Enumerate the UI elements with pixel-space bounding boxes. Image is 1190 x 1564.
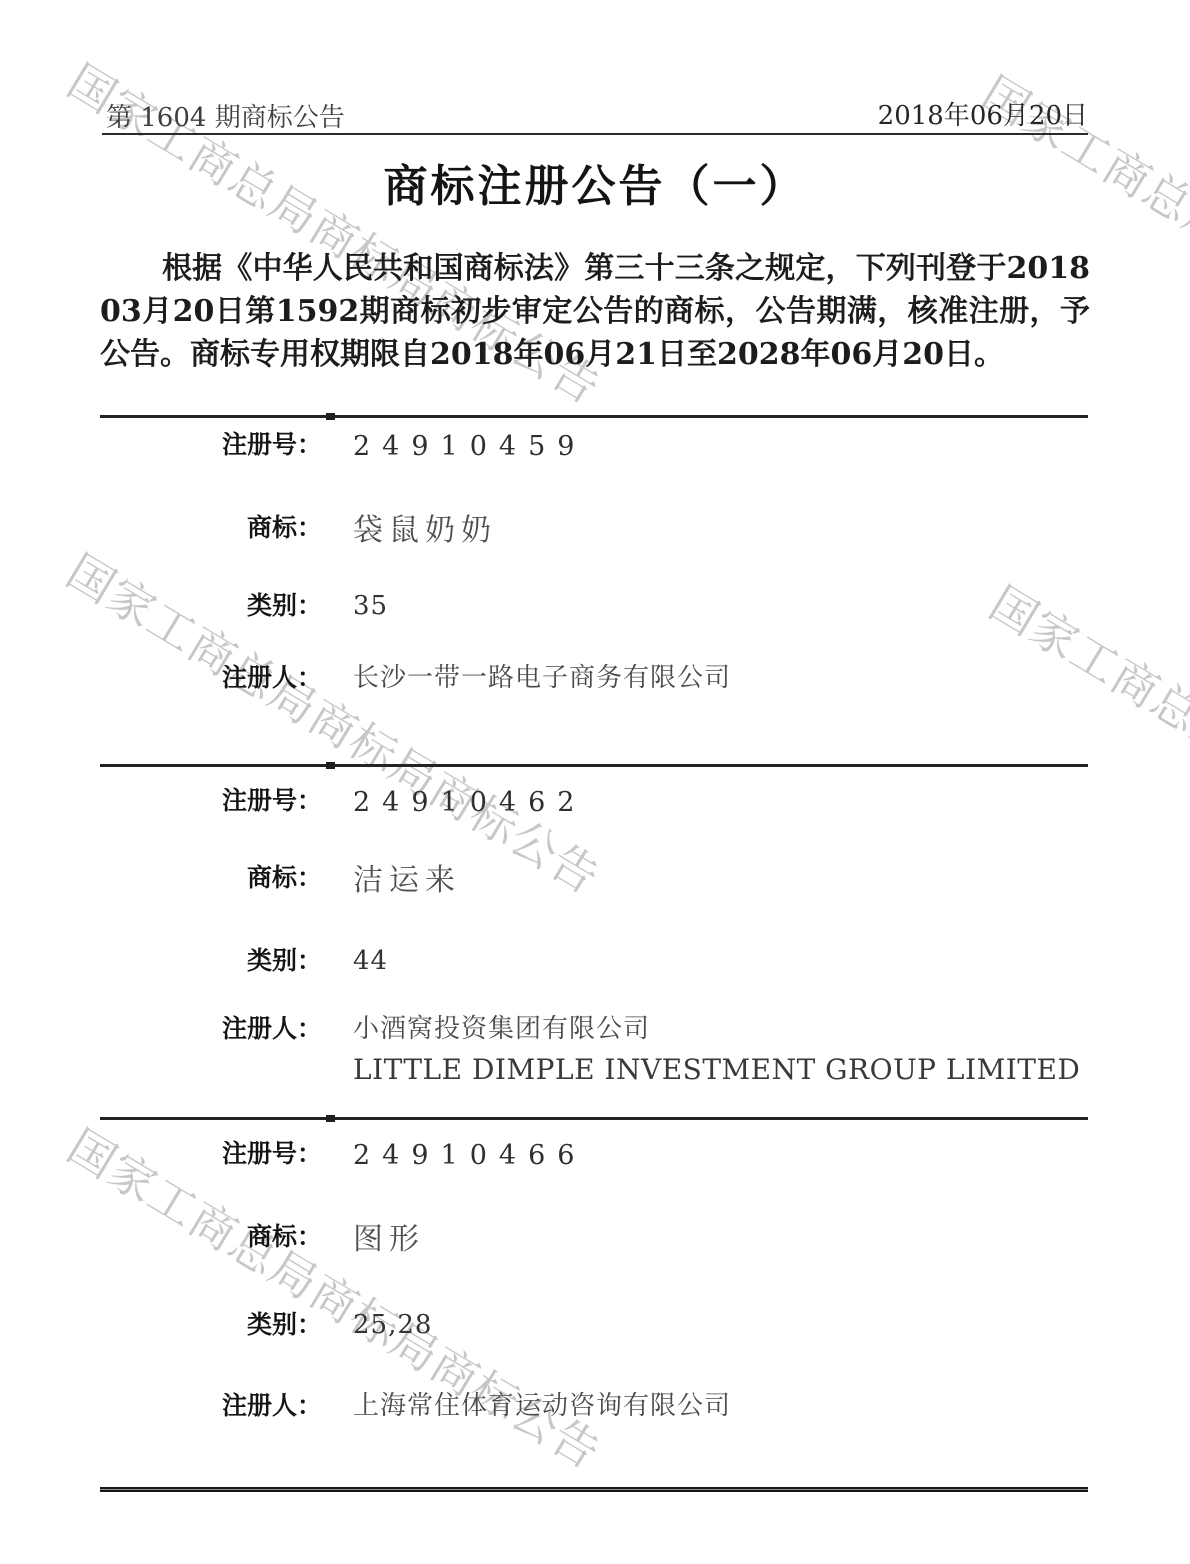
- registrant-en-value: LITTLE DIMPLE INVESTMENT GROUP LIMITED: [353, 1054, 1080, 1086]
- section-divider: [100, 1117, 1088, 1120]
- field-row-reg-no: 注册号： 24910466: [100, 1140, 1090, 1176]
- issue-number-label: 第 1604 期商标公告: [106, 97, 345, 134]
- intro-line: 03月20日第1592期商标初步审定公告的商标，公告期满，核准注册，予以: [100, 290, 1090, 333]
- reg-no-label: 注册号：: [100, 787, 322, 816]
- reg-no-value: 24910459: [353, 431, 586, 462]
- reg-no-value: 24910466: [353, 1140, 586, 1171]
- trademark-value: 洁运来: [353, 864, 461, 899]
- reg-no-label: 注册号：: [100, 431, 322, 460]
- registrant-label: 注册人：: [100, 1015, 322, 1044]
- trademark-value: 图形: [353, 1223, 425, 1258]
- field-row-reg-no: 注册号： 24910459: [100, 431, 1090, 467]
- trademark-label: 商标：: [100, 514, 322, 543]
- section-divider: [100, 415, 1088, 418]
- field-row-registrant: 注册人： 上海常住体育运动咨询有限公司: [100, 1392, 1090, 1428]
- reg-no-value: 24910462: [353, 787, 586, 818]
- publication-date: 2018年06月20日: [878, 95, 1088, 132]
- header-divider: [102, 133, 1088, 135]
- gazette-page: 国家工商总局商标局商标公告 国家工商总局商标局商标公告 国家工商总局商标局商标公…: [0, 0, 1190, 1564]
- page-bottom-divider: [100, 1487, 1088, 1492]
- trademark-value: 袋鼠奶奶: [353, 514, 497, 549]
- classes-label: 类别：: [100, 1311, 322, 1340]
- intro-paragraph: 根据《中华人民共和国商标法》第三十三条之规定，下列刊登于2018年 03月20日…: [100, 247, 1090, 376]
- field-row-registrant: 注册人： 小酒窝投资集团有限公司: [100, 1015, 1090, 1051]
- registrant-value: 长沙一带一路电子商务有限公司: [353, 664, 731, 694]
- field-row-classes: 类别： 25,28: [100, 1311, 1090, 1347]
- field-row-registrant-en: LITTLE DIMPLE INVESTMENT GROUP LIMITED: [100, 1054, 1090, 1090]
- reg-no-label: 注册号：: [100, 1140, 322, 1169]
- section-divider: [100, 764, 1088, 767]
- page-title: 商标注册公告（一）: [0, 150, 1190, 214]
- intro-line: 公告。商标专用权期限自2018年06月21日至2028年06月20日。: [100, 333, 1090, 376]
- field-row-trademark: 商标： 图形: [100, 1223, 1090, 1259]
- registrant-value: 上海常住体育运动咨询有限公司: [353, 1392, 731, 1422]
- field-row-reg-no: 注册号： 24910462: [100, 787, 1090, 823]
- field-row-classes: 类别： 44: [100, 947, 1090, 983]
- registrant-value: 小酒窝投资集团有限公司: [353, 1015, 650, 1045]
- classes-value: 35: [353, 592, 388, 622]
- field-row-trademark: 商标： 袋鼠奶奶: [100, 514, 1090, 550]
- field-row-registrant: 注册人： 长沙一带一路电子商务有限公司: [100, 664, 1090, 700]
- classes-value: 44: [353, 947, 388, 977]
- field-row-classes: 类别： 35: [100, 592, 1090, 628]
- trademark-label: 商标：: [100, 864, 322, 893]
- intro-line: 根据《中华人民共和国商标法》第三十三条之规定，下列刊登于2018年: [100, 247, 1090, 290]
- classes-label: 类别：: [100, 947, 322, 976]
- registrant-label: 注册人：: [100, 664, 322, 693]
- registrant-label: 注册人：: [100, 1392, 322, 1421]
- trademark-label: 商标：: [100, 1223, 322, 1252]
- classes-value: 25,28: [353, 1311, 432, 1341]
- classes-label: 类别：: [100, 592, 322, 621]
- field-row-trademark: 商标： 洁运来: [100, 864, 1090, 900]
